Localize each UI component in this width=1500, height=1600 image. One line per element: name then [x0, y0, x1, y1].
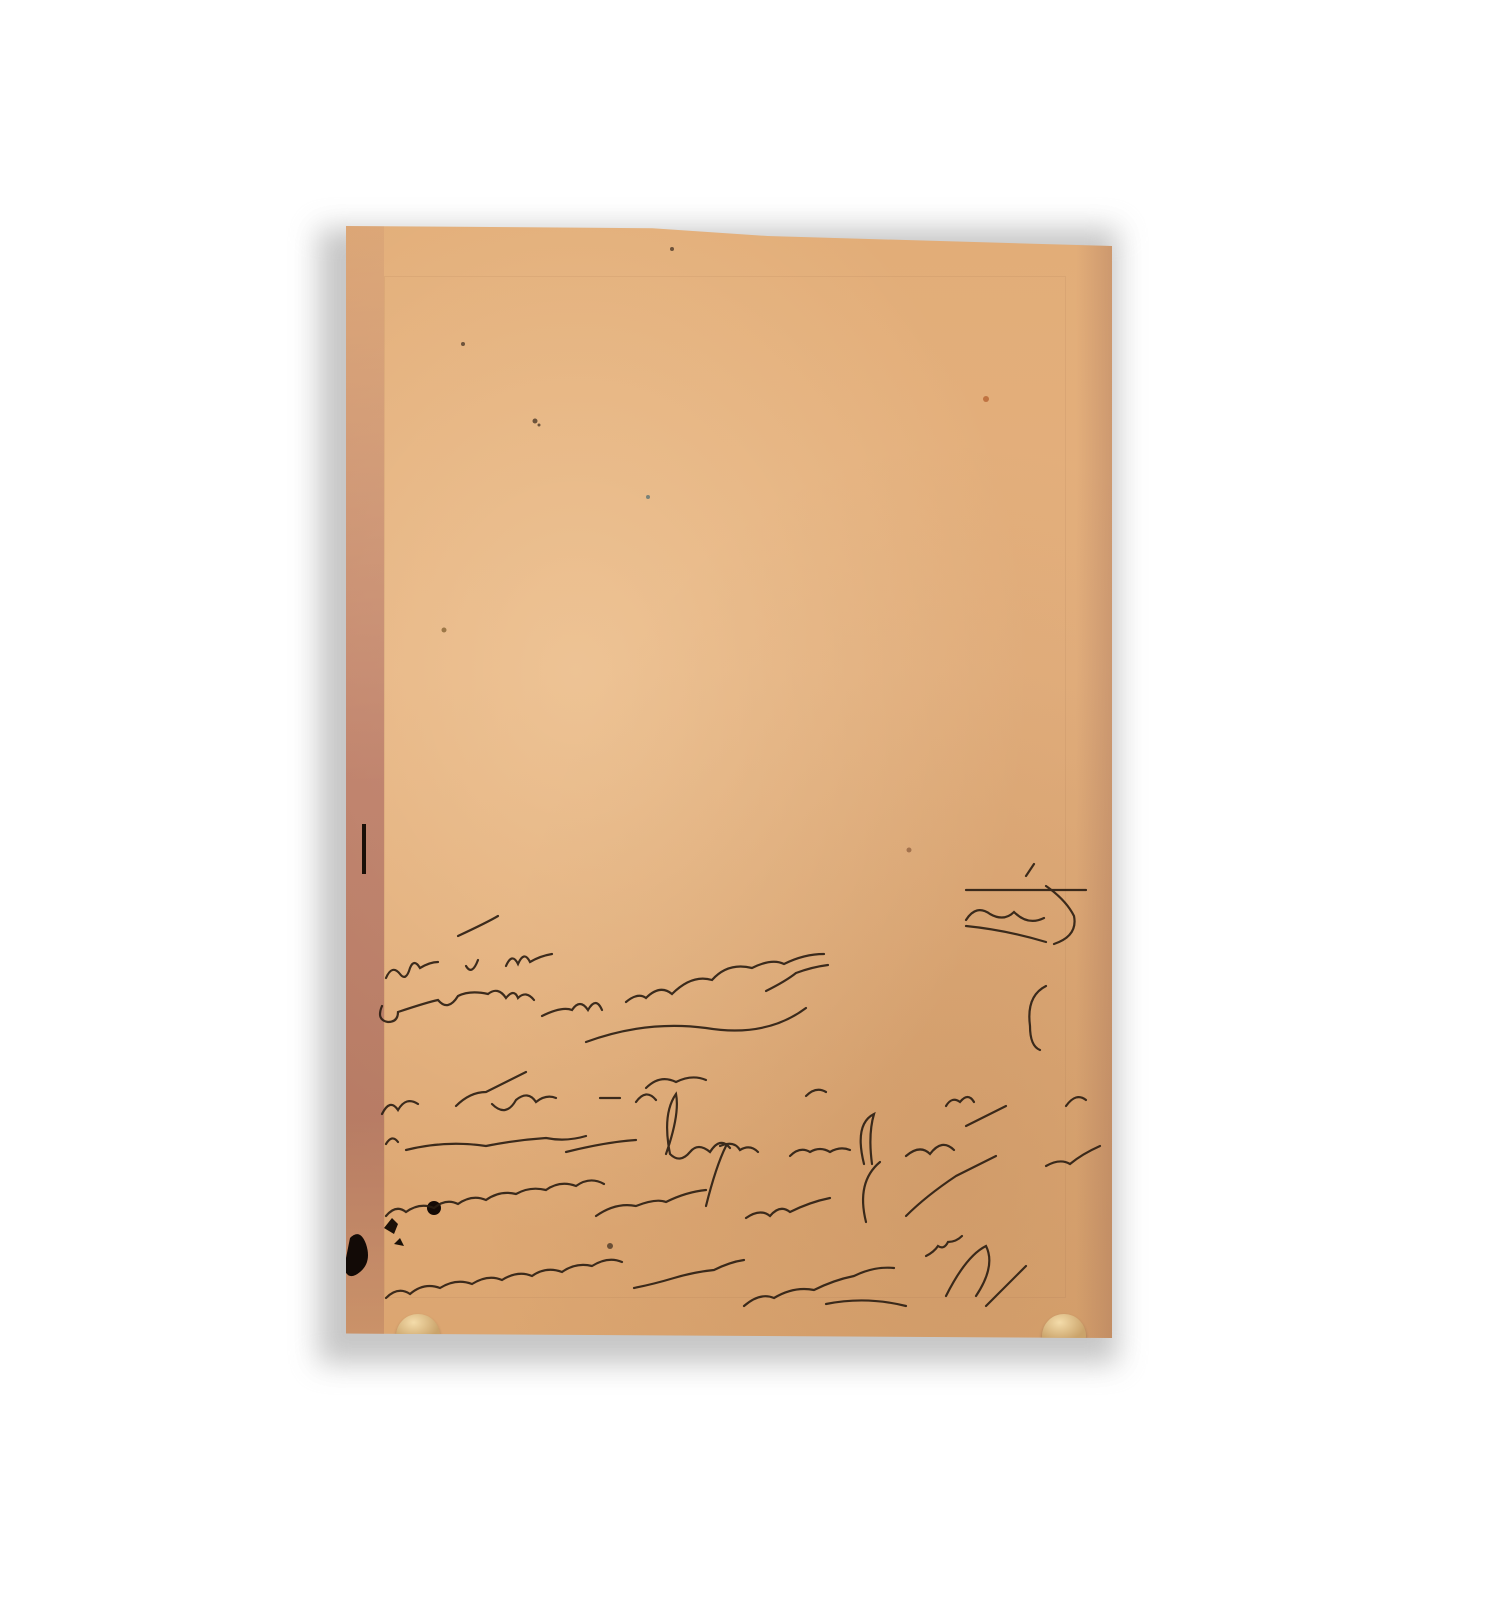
handwritten-text	[346, 226, 1112, 1338]
manuscript-leaf	[346, 226, 1112, 1338]
